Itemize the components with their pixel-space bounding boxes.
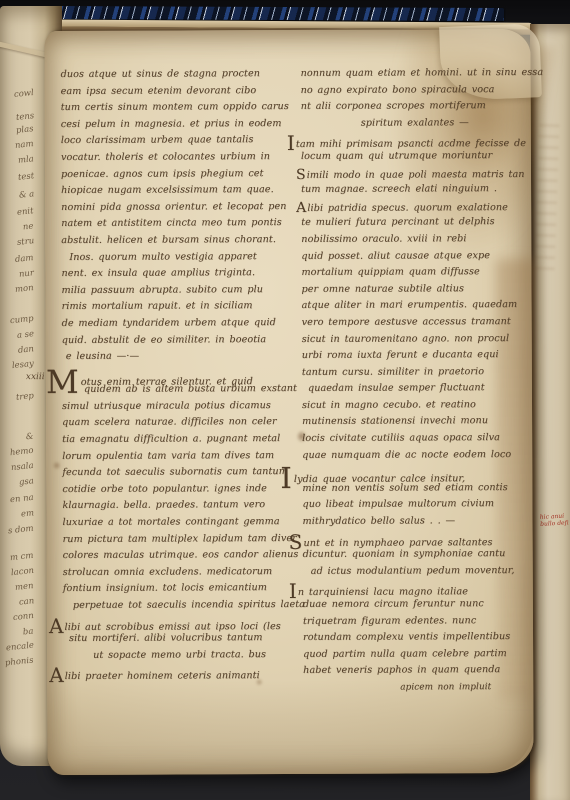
manuscript-page: xxiii duos atque ut sinus de stagna proc… — [44, 29, 533, 775]
text-line: hiopicae nugam excelsissimum tam quae. — [61, 182, 299, 200]
text-line: lorum opulentia tam varia tam dives tam — [62, 448, 300, 466]
text-line: situ mortiferi. alibi volucribus tantum — [63, 630, 301, 648]
text-line: mine non ventis solum sed etiam contis — [302, 480, 530, 498]
gutter-text-fragment: conn — [13, 612, 35, 623]
text-line: milia passuum abrupta. subito cum plu — [61, 282, 299, 300]
text-line: per omne naturae subtile altius — [301, 281, 529, 299]
gutter-text-fragment: gsa — [19, 477, 35, 488]
initial-letter-i: I — [287, 131, 295, 155]
text-line: Alibi aut scrobibus emissi aut ipso loci… — [63, 614, 301, 632]
text-line: duos atque ut sinus de stagna procten — [61, 66, 299, 84]
text-line: quid posset. aliut causae atque expe — [301, 247, 529, 265]
text-line: vocatur. tholeris et colocantes urbium i… — [61, 149, 299, 167]
gutter-text-fragment: cowl — [14, 89, 35, 100]
text-line: e leusina —·— — [62, 348, 300, 366]
manuscript-photo: hic anuibullo defi cowltensplasnammlates… — [0, 0, 570, 800]
text-line: spiritum exalantes — — [301, 115, 529, 133]
text-line: rum pictura tam multiplex lapidum tam di… — [63, 531, 301, 549]
chapter-numeral: xxiii — [26, 372, 45, 382]
initial-letter-i: I — [289, 579, 297, 603]
gutter-text-fragment: a se — [16, 330, 34, 341]
text-line: vero tempore aestusve accessus tramant — [302, 314, 530, 332]
gutter-text-fragment: enit — [17, 207, 34, 218]
initial-letter-a: A — [49, 663, 64, 687]
red-note-line: bullo defi — [540, 519, 570, 528]
gutter-text-fragment: can — [18, 597, 34, 608]
gutter-text-fragment: nsala — [11, 462, 35, 473]
text-line: natem et antistitem cincta meo tum ponti… — [61, 215, 299, 233]
text-line: Alibi patridia specus. quorum exalatione — [301, 198, 529, 216]
text-line: strolucan omnia excludens. medicatorum — [63, 564, 301, 582]
text-line: cesi pelum in magnesia. et prius in eode… — [61, 116, 299, 134]
gutter-text-fragment: lesay — [12, 360, 35, 371]
text-line: nomini pida gnossa orientur. et lecopat … — [61, 199, 299, 217]
gutter-text-fragment: & a — [18, 190, 34, 201]
initial-letter-a: A — [49, 614, 64, 638]
text-column-right: nonnum quam etiam et homini. ut in sinu … — [301, 65, 532, 697]
gutter-text-fragment: nam — [15, 140, 34, 151]
initial-letter-i: I — [280, 461, 292, 495]
text-line: tum certis sinum montem cum oppido carus — [61, 99, 299, 117]
marbled-book-edge — [52, 6, 504, 21]
text-line: atque aliter in mari erumpentis. quaedam — [302, 297, 530, 315]
text-line: rimis mortalium rapuit. et in siciliam — [62, 298, 300, 316]
gutter-text-fragment: em — [20, 509, 34, 519]
text-line: fecunda tot saeculis subornatis cum tant… — [62, 464, 300, 482]
red-marginal-note: hic anuibullo defi — [540, 512, 570, 528]
gutter-text-fragment: ba — [23, 627, 34, 637]
text-line: locis civitate cutiliis aquas opaca silv… — [302, 430, 530, 448]
text-line: perpetuae tot saeculis incendia spiritus… — [63, 597, 301, 615]
text-line: te mulieri futura percinant ut delphis — [301, 214, 529, 232]
text-line: quam scelera naturae. difficiles non cel… — [62, 414, 300, 432]
text-line: nt alii corponea scropes mortiferum — [301, 98, 529, 116]
text-line: fontium insignium. tot locis emicantium — [63, 580, 301, 598]
text-line: quo libeat impulsae multorum civium — [302, 496, 530, 514]
gutter-text-fragment: nur — [19, 269, 35, 280]
text-line: cotidie orbe toto populantur. ignes inde — [62, 481, 300, 499]
text-line: nent. ex insula quae amplius triginta. — [61, 265, 299, 283]
gutter-text-fragment: m cm — [10, 552, 34, 563]
text-line: abstulit. helicen et bursam sinus choran… — [61, 232, 299, 250]
text-line: locum quam qui utrumque moriuntur — [301, 148, 529, 166]
text-line: Itam mihi primisam psancti acdme fecisse… — [301, 131, 529, 149]
text-line: Motus enim terrae silentur. et quid — [62, 365, 300, 383]
gutter-text-fragment: en na — [10, 494, 35, 505]
ink-spot — [52, 461, 61, 470]
show-through-marks — [534, 120, 559, 271]
text-line: mortalium quippiam quam diffusse — [301, 264, 529, 282]
text-line: tum magnae. screech elati ninguium . — [301, 181, 529, 199]
gutter-text-fragment: tens — [15, 112, 34, 123]
text-line: dicuntur. quoniam in symphoniae cantu — [303, 546, 531, 564]
gutter-text-fragment: plas — [16, 125, 34, 136]
initial-letter-s: S — [289, 530, 303, 554]
text-line: Inos. quorum multo vestigia apparet — [61, 248, 299, 266]
text-line: quae numquam die ac nocte eodem loco — [302, 447, 530, 465]
text-line: poenicae. agnos cum ipsis phegium cet — [61, 166, 299, 184]
gutter-text-fragment: s dom — [8, 525, 34, 537]
gutter-text-fragment: dam — [15, 254, 34, 265]
text-line: tantum cursu. similiter in praetorio — [302, 364, 530, 382]
gutter-text-fragment: phonis — [5, 657, 34, 669]
text-line: quid. abstulit de eo similiter. in boeot… — [62, 331, 300, 349]
text-line: klaurnagia. bella. praedes. tantum vero — [62, 497, 300, 515]
gutter-text-fragment: mla — [18, 155, 35, 166]
gutter-text-fragment: encale — [6, 642, 35, 654]
text-line: duae nemora circum feruntur nunc — [303, 596, 531, 614]
text-line: nobilissimo oraculo. xviii in rebi — [301, 231, 529, 249]
initial-letter-a: A — [296, 200, 306, 216]
gutter-text-fragment: mon — [15, 284, 34, 295]
initial-letter-s: S — [296, 166, 306, 182]
text-line: mithrydatico bello salus . . — — [302, 513, 530, 531]
text-line: tia emagnatu difficultion a. pugnant met… — [62, 431, 300, 449]
text-line: mutinensis stationensi invechi monu — [302, 413, 530, 431]
text-line: ut sopacte memo urbi tracta. bus — [63, 647, 301, 665]
gutter-text-fragment: hemo — [10, 447, 34, 458]
gutter-text-fragment: stru — [16, 237, 34, 248]
text-line: sicut in magno cecubo. et reatino — [302, 397, 530, 415]
gutter-text-fragment: trep — [16, 392, 35, 403]
text-line: apicem non impluit — [303, 679, 531, 697]
text-line: nonnum quam etiam et homini. ut in sinu … — [301, 65, 529, 83]
text-line: urbi roma iuxta ferunt e ducanta equi — [302, 347, 530, 365]
text-line: Sunt et in nymphaeo parvae saltantes — [303, 530, 531, 548]
text-line: quod partim nulla quam celebre partim — [303, 646, 531, 664]
text-line: quaedam insulae semper fluctuant — [302, 380, 530, 398]
text-line: Alibi praeter hominem ceteris animanti — [63, 663, 301, 681]
text-line: no agno expirato bono spiracula voca — [301, 82, 529, 100]
text-line: sicut in tauromenitano agno. non procul — [302, 330, 530, 348]
text-line: loco clarissimam urbem quae tantalis — [61, 132, 299, 150]
gutter-text-fragment: lacon — [10, 567, 34, 578]
text-line: eam ipsa secum etenim devorant cibo — [61, 83, 299, 101]
text-column-left: duos atque ut sinus de stagna procteneam… — [61, 66, 302, 681]
text-line: Simili modo in quae poli maesta matris t… — [301, 165, 529, 183]
text-line: luxuriae a tot mortales contingant gemma — [62, 514, 300, 532]
text-line: triquetram figuram edentes. nunc — [303, 613, 531, 631]
text-line: rotundam complexu ventis impellentibus — [303, 629, 531, 647]
text-line: simul utriusque miracula potius dicamus — [62, 398, 300, 416]
text-line: quidem ab is altem busta urbium exstant — [62, 381, 300, 399]
gutter-text-fragment: ne — [23, 222, 34, 232]
gutter-text-fragment: cump — [10, 315, 35, 326]
text-line: Ilydia quae vocantur calce insitur, — [302, 463, 530, 481]
gutter-text-fragment: test — [17, 172, 34, 183]
text-line: ad ictus modulantium pedum moventur, — [303, 563, 531, 581]
text-line: colores maculas utrimque. eos candor ali… — [63, 547, 301, 565]
gutter-text-fragment: dan — [18, 345, 35, 356]
next-page-edge: hic anuibullo defi — [530, 24, 570, 800]
gutter-text-fragment: men — [15, 582, 34, 593]
text-line: habet veneris paphos in quam quenda — [303, 662, 531, 680]
text-line: de mediam tyndaridem urbem atque quid — [62, 315, 300, 333]
text-line: In tarquiniensi lacu magno italiae — [303, 579, 531, 597]
gutter-text-fragment: & — [26, 433, 34, 443]
